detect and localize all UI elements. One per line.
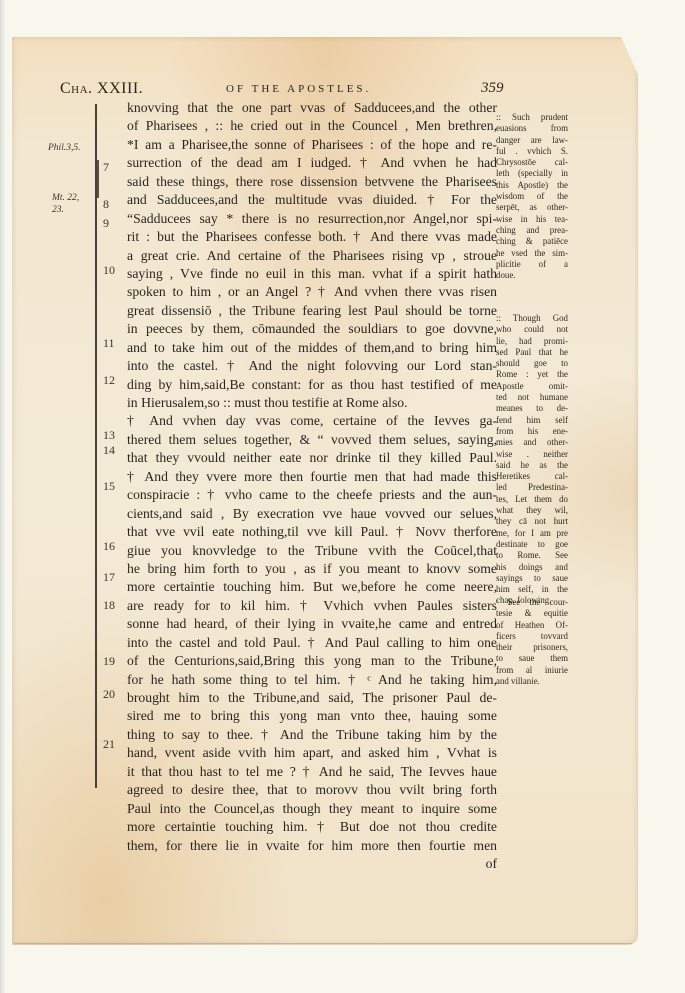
text-line: that they vvould neither eate nor drinke… [127,449,497,467]
text-line: great dissensiō , the Tribune fearing le… [127,302,497,320]
scanner-edge [0,0,5,993]
note-line: his doings and [496,562,568,573]
gutter-rule [95,104,97,788]
note-line: tesie & equitie [496,608,568,619]
note-line: sed Paul that he [496,347,568,358]
note-line: euasions from [496,123,568,134]
text-line: of [127,855,497,873]
text-line: thing to say to thee. † And the Tribune … [127,726,497,744]
note-line: he vsed the sim- [496,248,568,259]
marginal-note: ᶜ See the cour-tesie & equitieof Heathen… [496,597,568,687]
scripture-text: knovving that the one part vvas of Saddu… [127,99,497,873]
text-line: saying , Vve finde no euil in this man. … [127,265,497,283]
text-line: sired me to bring this yong man vnto the… [127,707,497,725]
note-line: me, for I am pre [496,528,568,539]
note-line: wise in his tea- [496,214,568,225]
text-line: and Sadducees,and the multitude vvas diu… [127,191,497,209]
note-line: leth (specially in [496,168,568,179]
text-line: in peeces by them, cōmaunded the souldia… [127,320,497,338]
chapter-heading: Cha. XXIII. [60,80,143,98]
note-line: Rome : yet the [496,369,568,380]
text-line: surrection of the dead am I iudged. † An… [127,154,497,172]
text-line: into the castel and told Paul. † And Pau… [127,634,497,652]
text-line: for he hath some thing to tel him. † ᶜ A… [127,671,497,689]
verse-number: 20 [103,687,115,702]
verse-number: 16 [103,539,115,554]
verse-number: 19 [103,654,115,669]
text-line: “Sadducees say * there is no resurrectio… [127,210,497,228]
note-line: ching & patiēce [496,236,568,247]
note-line: plicitie of a [496,259,568,270]
text-line: more certaintie touching him. But we,bef… [127,578,497,596]
text-line: hand, vvent aside vvith him apart, and a… [127,744,497,762]
text-line: of Pharisees , :: he cried out in the Co… [127,117,497,135]
note-line: what they wil, [496,505,568,516]
note-line: sayings to saue [496,573,568,584]
text-line: † And they vvere more then fourtie men t… [127,468,497,486]
text-line: conspiracie : † vvho came to the cheefe … [127,486,497,504]
cross-reference: Phil.3,5. [48,143,80,154]
note-line: wisdom of the [496,191,568,202]
note-line: tes, Let them do [496,494,568,505]
note-line: ᶜ See the cour- [496,597,568,608]
note-line: meanes to de- [496,403,568,414]
verse-number: 17 [103,570,115,585]
note-line: their prisoners, [496,642,568,653]
text-line: it that thou hast to tel me ? † And he s… [127,763,497,781]
note-line: him self, in the [496,584,568,595]
text-line: Paul into the Councel,as though they mea… [127,800,497,818]
gutter-rule-offset [97,160,99,198]
marginal-note: :: Though Godwho could notlie, had promi… [496,313,568,607]
text-line: and to take him out of the middes of the… [127,339,497,357]
note-line: this Apostle) the [496,180,568,191]
note-line: doue. [496,270,568,281]
cross-reference: Mt. 22, [52,193,79,204]
text-line: giue you knovvledge to the Tribune vvith… [127,542,497,560]
verse-number: 14 [103,443,115,458]
note-line: lie, had promi- [496,336,568,347]
page-number: 359 [481,80,504,97]
note-line: mies and other- [496,437,568,448]
note-line: serpēt, as other- [496,202,568,213]
note-line: ful . vvhich S. [496,146,568,157]
note-line: ficers tovvard [496,631,568,642]
verse-number: 8 [103,197,109,212]
note-line: from al iniurie [496,665,568,676]
text-line: a great crie. And certaine of the Pharis… [127,247,497,265]
verse-number: 12 [103,373,115,388]
text-line: said these things, there rose dissension… [127,173,497,191]
note-line: destinate to goe [496,539,568,550]
running-head: Cha. XXIII. OF THE APOSTLES. 359 [60,80,490,100]
text-line: knovving that the one part vvas of Saddu… [127,99,497,117]
note-line: Chrysostōe cal- [496,157,568,168]
note-line: :: Though God [496,313,568,324]
note-line: of Heathen Of- [496,620,568,631]
book-title: OF THE APOSTLES. [226,83,371,95]
note-line: should goe to [496,358,568,369]
text-line: sonne had heard, of their lying in vvait… [127,615,497,633]
text-line: more certaintie touching him. † But doe … [127,818,497,836]
text-line: into the castel. † And the night folovvi… [127,357,497,375]
note-line: said he as the [496,460,568,471]
verse-number: 10 [103,263,115,278]
note-line: Apostle omit- [496,381,568,392]
text-line: brought him to the Tribune,and said, The… [127,689,497,707]
note-line: and villanie. [496,676,568,687]
text-line: he bring him forth to you , as if you me… [127,560,497,578]
note-line: they cā not hurt [496,516,568,527]
page-bottom-edge [14,943,632,944]
text-line: them, for there lie in vvaite for him mo… [127,837,497,855]
text-line: are ready for to kil him. † Vvhich vvhen… [127,597,497,615]
note-line: who could not [496,324,568,335]
text-line: ding by him,said,Be constant: for as tho… [127,376,497,394]
text-line: agreed to desire thee, that to morovv th… [127,781,497,799]
cross-reference: 23. [52,205,64,216]
note-line: wise . neither [496,449,568,460]
text-line: spoken to him , or an Angel ? † And vvhe… [127,283,497,301]
text-line: in Hierusalem,so :: must thou testifie a… [127,394,497,412]
note-line: to saue them [496,653,568,664]
note-line: to Rome. See [496,550,568,561]
text-line: thered them selues together, & “ vovved … [127,431,497,449]
text-line: that vve vvil eate nothing,til vve kill … [127,523,497,541]
note-line: fend him self [496,415,568,426]
text-line: cients,and said , By execration vve haue… [127,505,497,523]
note-line: :: Such prudent [496,112,568,123]
text-line: † And vvhen day vvas come, certaine of t… [127,412,497,430]
note-line: Heretikes cal- [496,471,568,482]
text-line: *I am a Pharisee,the sonne of Pharisees … [127,136,497,154]
verse-number: 9 [103,216,109,231]
note-line: danger are law- [496,135,568,146]
note-line: ted not humane [496,392,568,403]
marginal-note: :: Such prudenteuasions fromdanger are l… [496,112,568,281]
note-line: led Predestina- [496,482,568,493]
text-line: of the Centurions,said,Bring this yong m… [127,652,497,670]
note-line: from his ene- [496,426,568,437]
text-line: rit : but the Pharisees confesse both. †… [127,228,497,246]
note-line: ching and prea- [496,225,568,236]
verse-number: 11 [103,336,115,351]
verse-number: 7 [103,160,109,175]
verse-number: 18 [103,598,115,613]
verse-number: 21 [103,737,115,752]
verse-number: 15 [103,479,115,494]
verse-number: 13 [103,428,115,443]
